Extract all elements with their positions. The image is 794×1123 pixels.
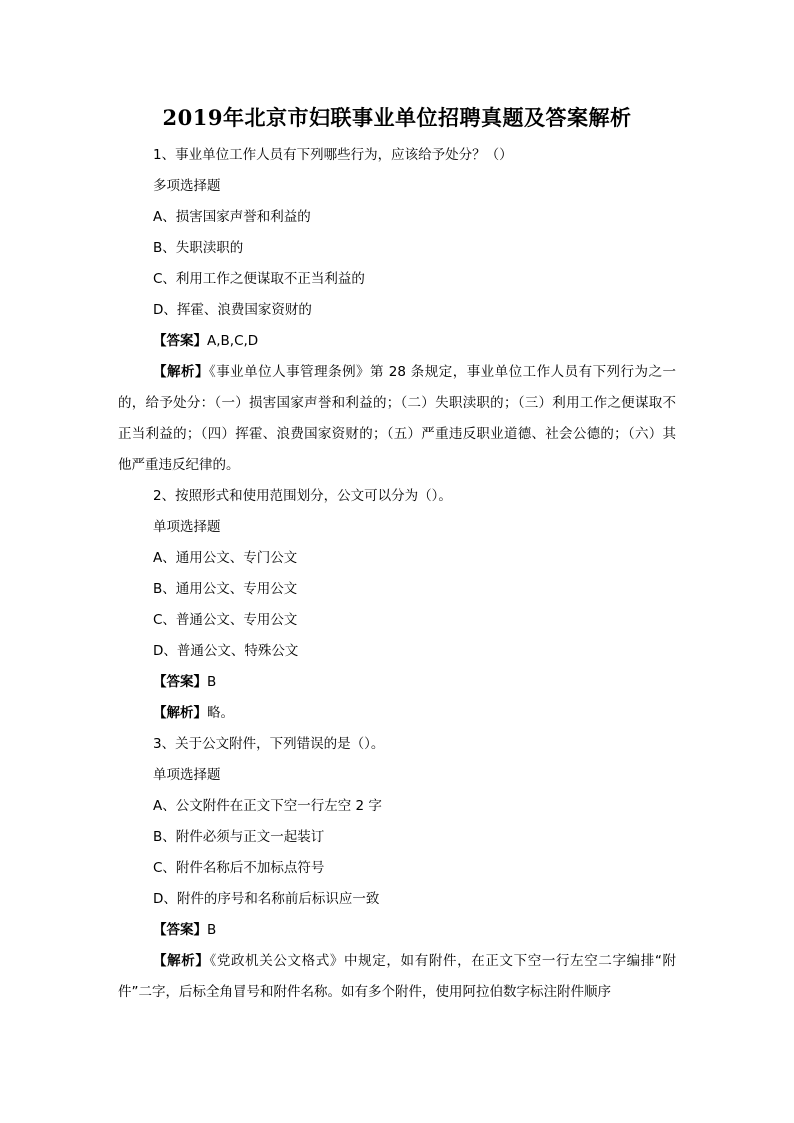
option-d: D、普通公文、特殊公文 [118,636,676,667]
document-body: 1、事业单位工作人员有下列哪些行为，应该给予处分？（） 多项选择题 A、损害国家… [118,140,676,1008]
analysis-label: 【解析】 [153,953,210,969]
option-b: B、失职渎职的 [118,233,676,264]
question-type: 单项选择题 [118,512,676,543]
analysis-text: 《事业单位人事管理条例》第 28 条规定，事业单位工作人员有下列行为之一的，给予… [118,364,676,473]
analysis-label: 【解析】 [153,705,207,721]
question-2: 2、按照形式和使用范围划分，公文可以分为（）。 单项选择题 A、通用公文、专门公… [118,481,676,729]
answer-label: 【答案】 [153,333,207,349]
answer-label: 【答案】 [153,922,207,938]
question-type: 单项选择题 [118,760,676,791]
answer-value: A,B,C,D [207,333,258,349]
analysis-paragraph: 【解析】《党政机关公文格式》中规定，如有附件，在正文下空一行左空二字编排“附件”… [118,946,676,1008]
question-type: 多项选择题 [118,171,676,202]
answer-value: B [207,674,216,690]
option-c: C、普通公文、专用公文 [118,605,676,636]
question-stem: 2、按照形式和使用范围划分，公文可以分为（）。 [118,481,676,512]
question-3: 3、关于公文附件，下列错误的是（）。 单项选择题 A、公文附件在正文下空一行左空… [118,729,676,1008]
document-page: 2019年北京市妇联事业单位招聘真题及答案解析 1、事业单位工作人员有下列哪些行… [0,0,794,1123]
option-d: D、附件的序号和名称前后标识应一致 [118,884,676,915]
option-d: D、挥霍、浪费国家资财的 [118,295,676,326]
analysis-line: 【解析】略。 [118,698,676,729]
option-b: B、通用公文、专用公文 [118,574,676,605]
analysis-text: 略。 [207,705,234,721]
option-b: B、附件必须与正文一起装订 [118,822,676,853]
answer-line: 【答案】A,B,C,D [118,326,676,357]
answer-value: B [207,922,216,938]
answer-line: 【答案】B [118,667,676,698]
option-c: C、附件名称后不加标点符号 [118,853,676,884]
question-1: 1、事业单位工作人员有下列哪些行为，应该给予处分？（） 多项选择题 A、损害国家… [118,140,676,481]
option-c: C、利用工作之便谋取不正当利益的 [118,264,676,295]
answer-line: 【答案】B [118,915,676,946]
analysis-label: 【解析】 [153,364,209,380]
option-a: A、损害国家声誉和利益的 [118,202,676,233]
analysis-paragraph: 【解析】《事业单位人事管理条例》第 28 条规定，事业单位工作人员有下列行为之一… [118,357,676,481]
option-a: A、通用公文、专门公文 [118,543,676,574]
question-stem: 3、关于公文附件，下列错误的是（）。 [118,729,676,760]
answer-label: 【答案】 [153,674,207,690]
question-stem: 1、事业单位工作人员有下列哪些行为，应该给予处分？（） [118,140,676,171]
document-title: 2019年北京市妇联事业单位招聘真题及答案解析 [0,103,794,133]
option-a: A、公文附件在正文下空一行左空 2 字 [118,791,676,822]
